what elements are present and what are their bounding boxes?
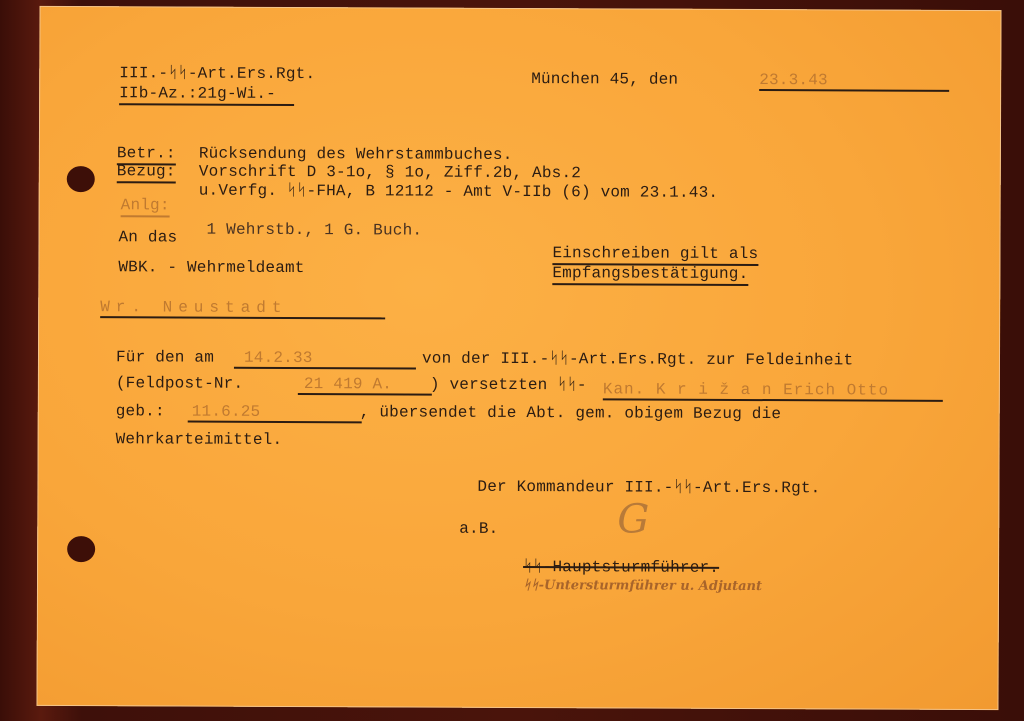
notice-line-2: Empfangsbestätigung. — [552, 264, 748, 286]
an-das: An das — [118, 228, 177, 246]
bezug-line-2: u.Verfg. ᛋᛋ-FHA, B 12112 - Amt V-IIb (6)… — [199, 182, 719, 202]
auf-befehl: a.B. — [459, 520, 498, 538]
document-sheet: III.-ᛋᛋ-Art.Ers.Rgt. IIb-Az.:21g-Wi.- Mü… — [36, 6, 1001, 710]
body-l1-b: von der III.-ᛋᛋ-Art.Ers.Rgt. zur Feldein… — [422, 350, 853, 370]
feldpost-number: 21 419 A. — [298, 375, 432, 396]
commander-line: Der Kommandeur III.-ᛋᛋ-Art.Ers.Rgt. — [477, 478, 820, 497]
reference-line: IIb-Az.:21g-Wi.- — [119, 84, 294, 106]
soldier-name: Kan. K r i ž a n Erich Otto — [603, 380, 943, 401]
birth-date: 11.6.25 — [188, 403, 362, 424]
body-l1-a: Für den am — [116, 348, 214, 366]
rank-stamp: ᛋᛋ-Untersturmführer u. Adjutant — [523, 578, 762, 594]
letter-date: 23.3.43 — [759, 71, 949, 92]
punch-hole-bottom — [67, 536, 95, 562]
bezug-line-1: Vorschrift D 3-1o, § 1o, Ziff.2b, Abs.2 — [199, 163, 581, 183]
punch-hole-top — [67, 166, 95, 192]
anlagen-text: 1 Wehrstb., 1 G. Buch. — [207, 221, 423, 240]
anlagen-label: Anlg: — [121, 196, 170, 217]
body-l4: Wehrkarteimittel. — [116, 430, 283, 449]
struck-rank: ᛋᛋ-Hauptsturmführer. — [523, 558, 719, 577]
body-l3-b: , übersendet die Abt. gem. obigem Bezug … — [360, 403, 782, 423]
recipient-office: WBK. - Wehrmeldeamt — [118, 258, 304, 277]
notice-line-1: Einschreiben gilt als — [552, 244, 758, 266]
unit-line: III.-ᛋᛋ-Art.Ers.Rgt. — [119, 64, 315, 83]
betr-text: Rücksendung des Wehrstammbuches. — [199, 145, 513, 164]
recipient-city: Wr. Neustadt — [100, 298, 385, 319]
place-date-prefix: München 45, den — [531, 70, 678, 89]
body-l3-a: geb.: — [116, 402, 165, 420]
body-l2-a: (Feldpost-Nr. — [116, 374, 243, 393]
transfer-date: 14.2.33 — [234, 349, 416, 370]
body-l2-b: ) versetzten ᛋᛋ- — [430, 376, 587, 395]
handwritten-initial: G — [617, 496, 649, 542]
bezug-label: Bezug: — [117, 162, 176, 183]
